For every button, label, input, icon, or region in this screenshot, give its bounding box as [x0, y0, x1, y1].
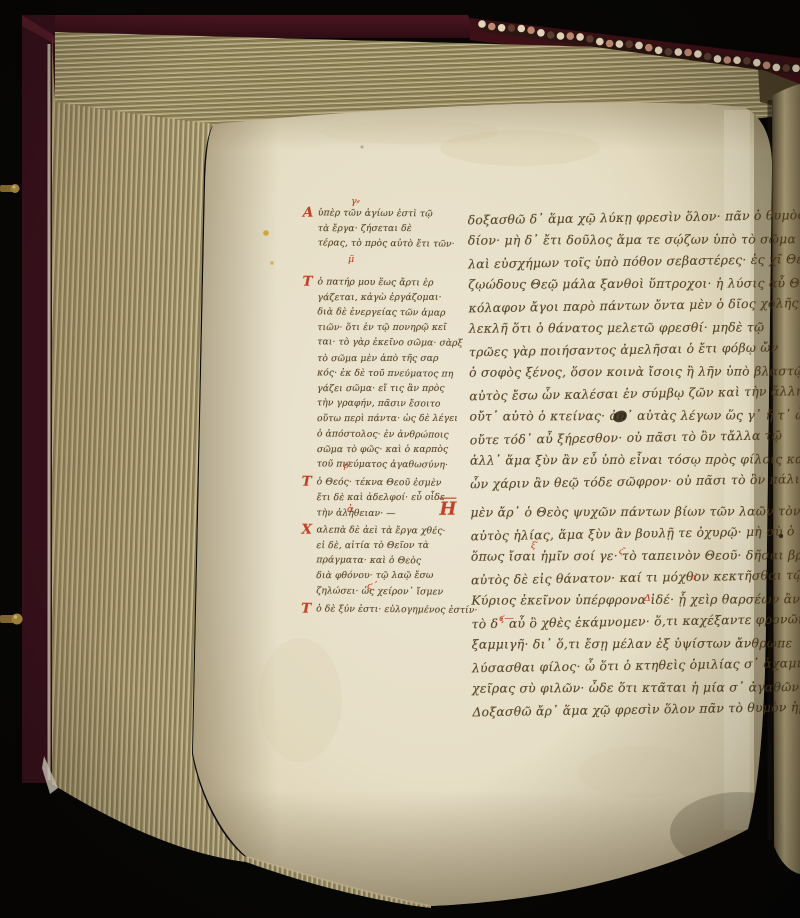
endband-bead [625, 40, 633, 48]
endband-bead [606, 40, 614, 48]
endband-bead [743, 57, 751, 65]
photo-stage: Αὑπὲρ τῶν ἁγίων ἐστὶ τῷτὰ ἔργα· ζήσεται … [0, 0, 800, 918]
endband-bead [763, 62, 771, 70]
endband-bead [616, 40, 624, 48]
endband-bead [733, 56, 741, 64]
clasp-pin-bottom [0, 614, 23, 625]
manuscript-book-photo [0, 0, 800, 918]
endband-bead [704, 53, 712, 61]
gutter-speck [779, 534, 783, 538]
endband-bead [586, 35, 594, 43]
endband-bead [782, 64, 790, 72]
endband-bead [694, 50, 702, 58]
endband-bead [792, 65, 800, 73]
endband-bead [724, 56, 732, 64]
endband-bead [635, 42, 643, 50]
endband-bead [527, 26, 535, 34]
endband-bead [714, 55, 722, 63]
endband-bead [675, 48, 683, 56]
clasp-pin-top [0, 184, 20, 193]
endband-bead [576, 33, 584, 41]
endband-bead [488, 23, 496, 31]
endband-bead [508, 24, 516, 32]
endband-bead [773, 64, 781, 72]
endband-bead [567, 32, 575, 40]
endband-bead [498, 24, 506, 32]
endband-bead [596, 38, 604, 46]
endband-bead [478, 20, 486, 28]
endband-bead [557, 32, 565, 40]
endband-bead [547, 31, 555, 39]
facing-page-gutter [772, 84, 800, 874]
endband-bead [665, 48, 673, 56]
endband-bead [645, 44, 653, 52]
endband-bead [753, 59, 761, 67]
endband-bead [684, 49, 692, 57]
endband-bead [655, 47, 663, 55]
endband-bead [537, 29, 545, 37]
endband-bead [518, 25, 526, 33]
